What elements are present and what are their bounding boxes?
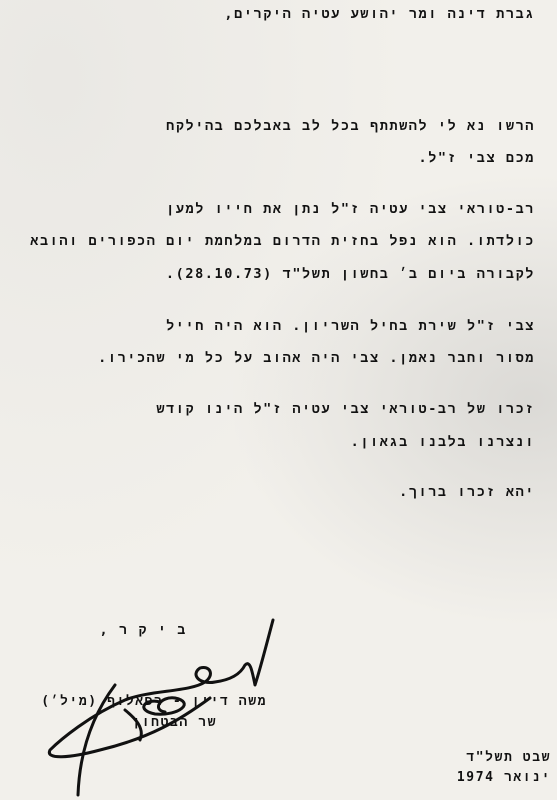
paragraph-2-line-1: רב-טוראי צבי עטיה ז"ל נתן את חייו למען — [166, 201, 535, 218]
paragraph-1-line-1: הרשו נא לי להשתתף בכל לב באבלכם בהילקח — [166, 118, 535, 135]
letter-page: גברת דינה ומר יהושע עטיה היקרים, הרשו נא… — [0, 0, 557, 800]
paragraph-1-line-2: מכם צבי ז"ל. — [418, 150, 535, 167]
paragraph-4-line-1: זכרו של רב-טוראי צבי עטיה ז"ל הינו קודש — [156, 401, 535, 418]
paragraph-5-line-1: יהא זכרו ברוך. — [399, 484, 535, 501]
handwritten-signature — [40, 610, 300, 800]
date-hebrew: שבט תשל"ד — [466, 750, 551, 765]
paragraph-2-line-2: כולדתו. הוא נפל בחזית הדרום במלחמת יום ה… — [30, 233, 535, 250]
paragraph-3-line-1: צבי ז"ל שירת בחיל השריון. הוא היה חייל — [166, 318, 535, 335]
date-gregorian: ינואר 1974 — [457, 770, 551, 785]
paragraph-2-line-3: לקבורה ביום ב׳ בחשון תשל"ד (28.10.73). — [166, 266, 535, 283]
paragraph-4-line-2: ונצרנו בלבנו בגאון. — [351, 434, 535, 451]
paragraph-3-line-2: מסור וחבר נאמן. צבי היה אהוב על כל מי שה… — [98, 350, 535, 367]
salutation: גברת דינה ומר יהושע עטיה היקרים, — [224, 6, 535, 23]
